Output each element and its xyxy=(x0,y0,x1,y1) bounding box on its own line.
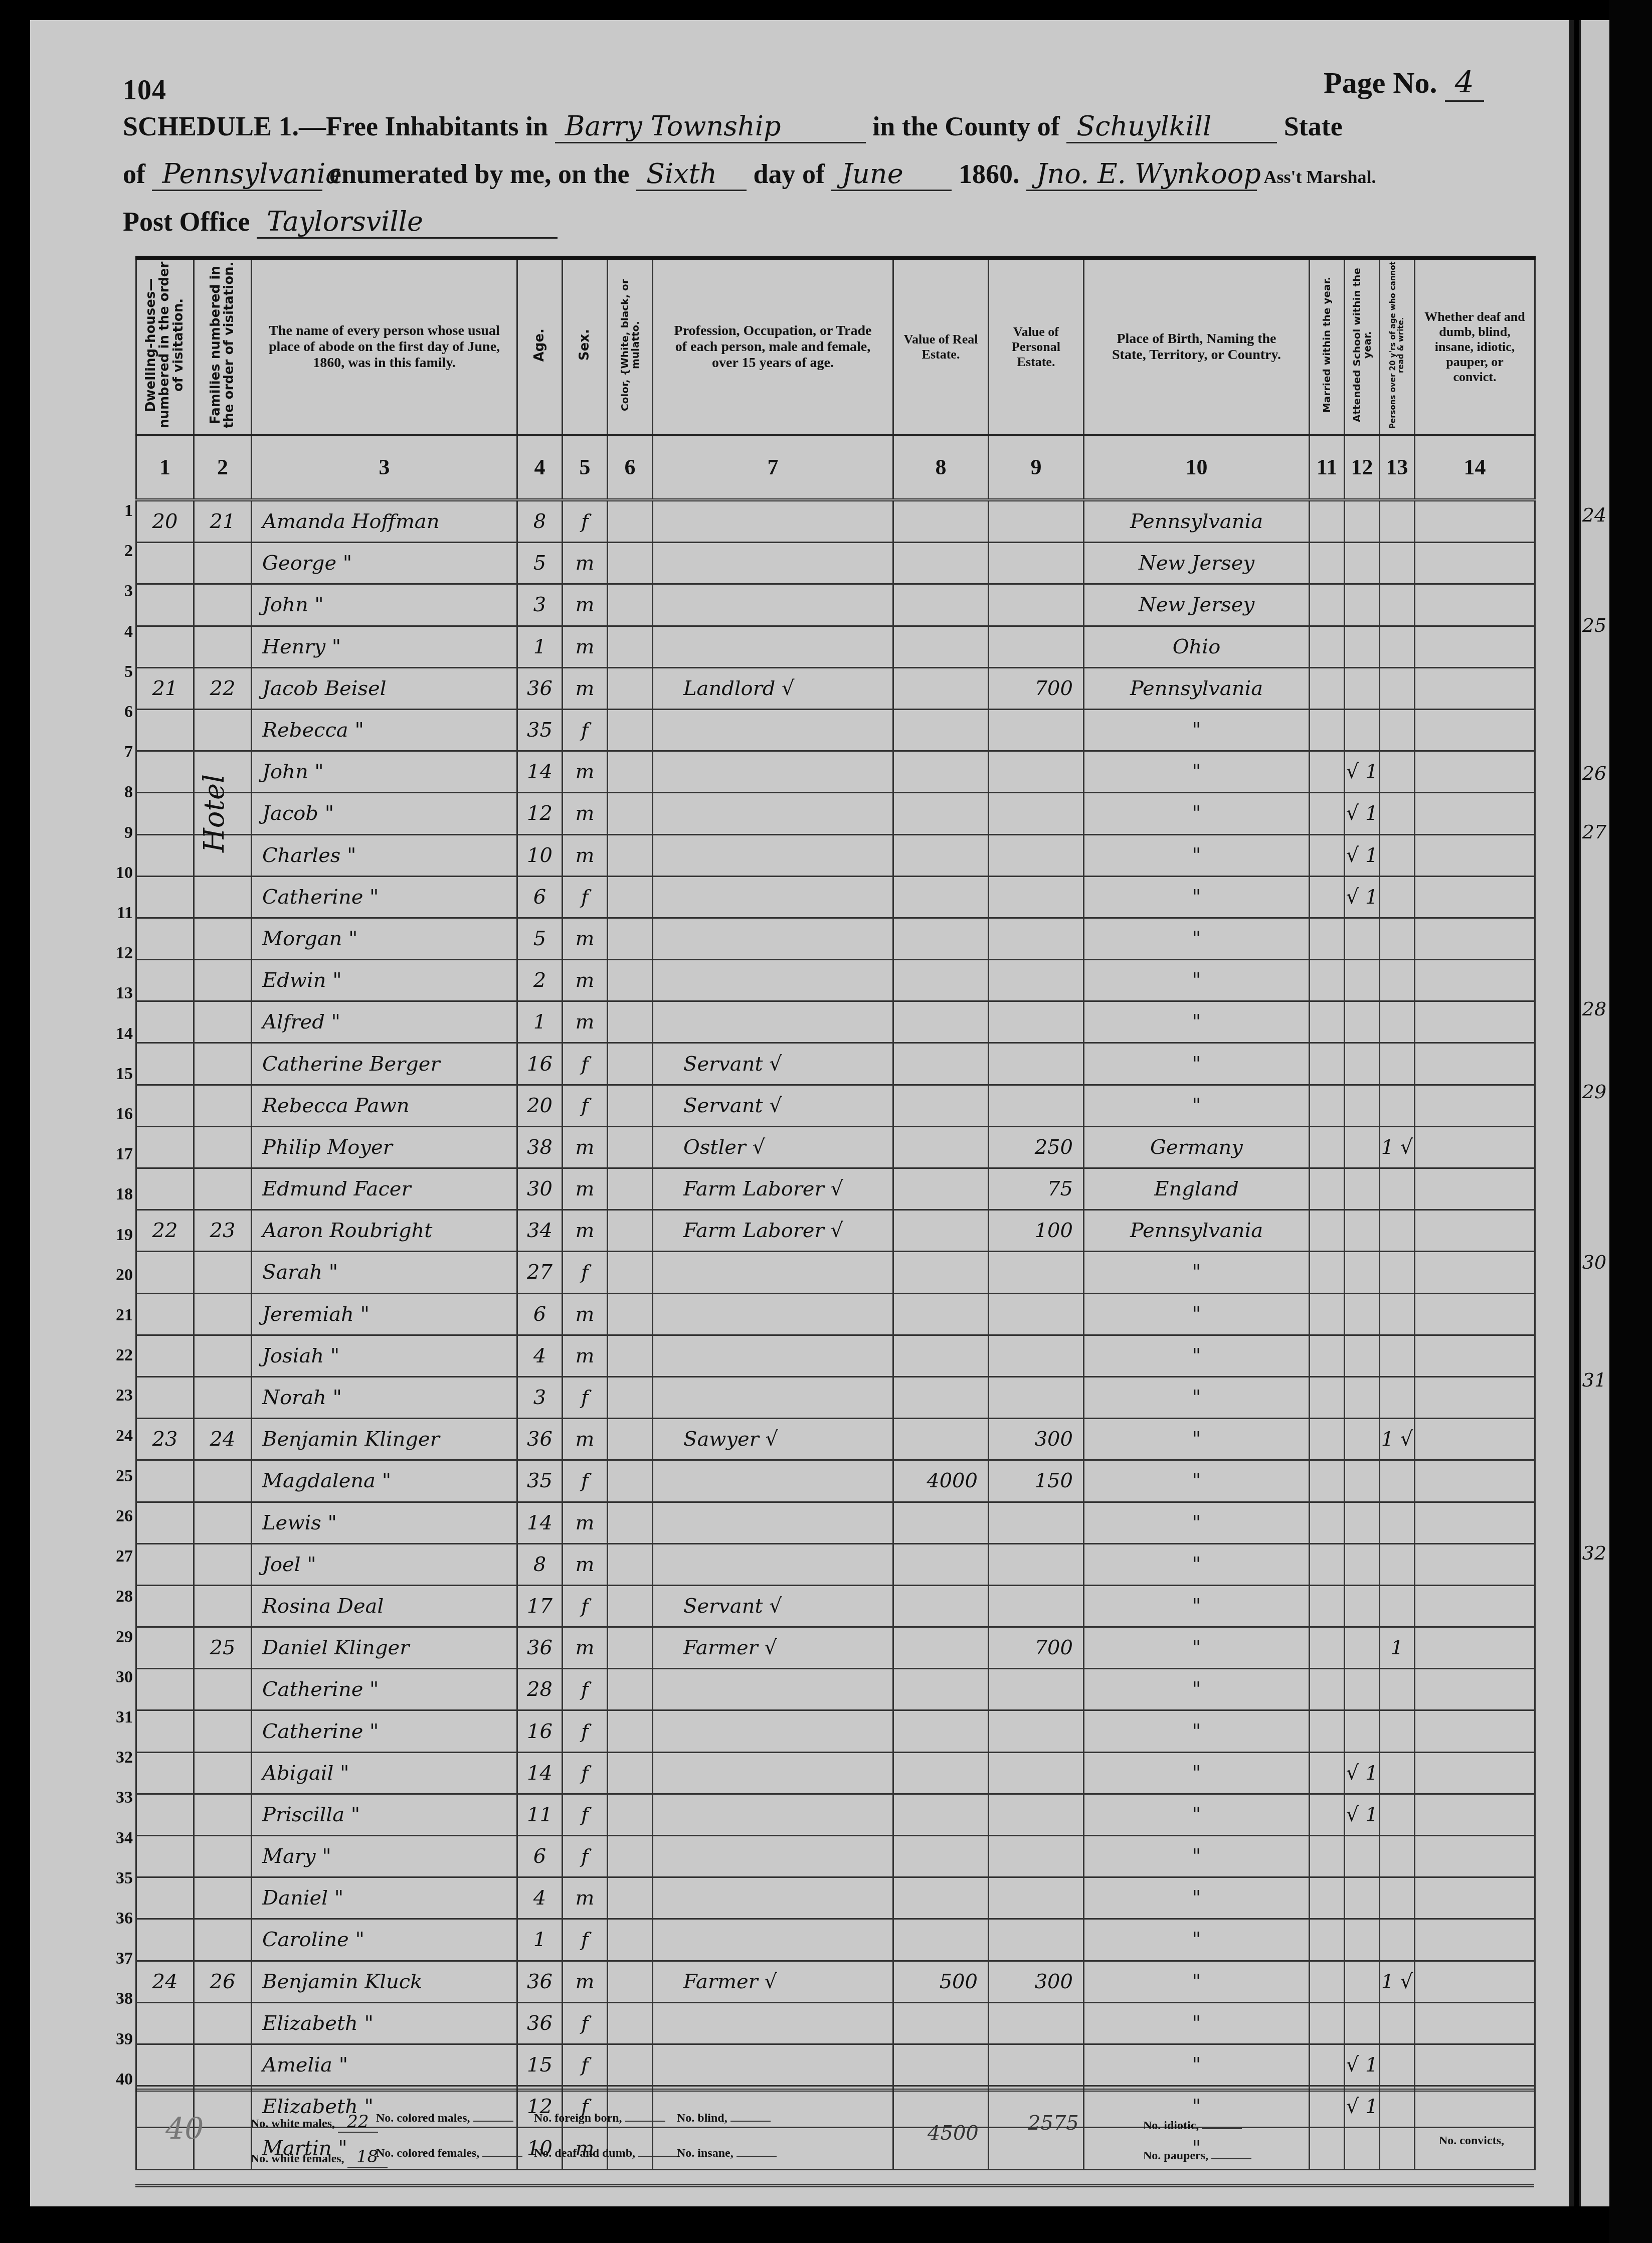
attended-school xyxy=(1345,1836,1380,1877)
age: 14 xyxy=(517,1752,563,1794)
cannot-read-write xyxy=(1380,1543,1415,1585)
family-number xyxy=(194,1710,252,1752)
dwelling-number xyxy=(136,834,194,876)
attended-school xyxy=(1345,1710,1380,1752)
condition xyxy=(1415,1085,1535,1126)
occupation xyxy=(653,626,893,667)
age: 1 xyxy=(517,1001,563,1043)
occupation xyxy=(653,1460,893,1502)
birthplace: " xyxy=(1084,1919,1310,1961)
sex: f xyxy=(563,1043,608,1085)
family-number xyxy=(194,1460,252,1502)
line-number: 2 xyxy=(88,542,133,561)
cannot-read-write xyxy=(1380,709,1415,751)
occupation xyxy=(653,1543,893,1585)
adjacent-dwelling-number: 27 xyxy=(1582,821,1607,843)
cannot-read-write xyxy=(1380,2002,1415,2044)
person-name: Jeremiah " xyxy=(252,1293,517,1335)
table-row: 2122Jacob Beisel36mLandlord √700Pennsylv… xyxy=(136,667,1535,709)
table-row: Charles "10m"√ 1 xyxy=(136,834,1535,876)
color xyxy=(608,709,653,751)
personal-estate-value xyxy=(989,1752,1084,1794)
table-row: Rosina Deal17fServant √" xyxy=(136,1585,1535,1627)
family-number xyxy=(194,1126,252,1168)
attended-school xyxy=(1345,1669,1380,1710)
attended-school: √ 1 xyxy=(1345,2044,1380,2086)
line-number: 22 xyxy=(88,1346,133,1365)
age: 36 xyxy=(517,1419,563,1460)
color xyxy=(608,1085,653,1126)
cannot-read-write xyxy=(1380,1794,1415,1835)
occupation xyxy=(653,918,893,959)
married-within-year xyxy=(1310,834,1345,876)
marshal-label: Ass't Marshal. xyxy=(1263,167,1376,187)
cannot-read-write xyxy=(1380,1252,1415,1293)
dwelling-number xyxy=(136,2002,194,2044)
sex: f xyxy=(563,1794,608,1835)
person-name: Rebecca " xyxy=(252,709,517,751)
table-row: Edwin "2m" xyxy=(136,960,1535,1001)
color xyxy=(608,1168,653,1210)
birthplace: " xyxy=(1084,709,1310,751)
county-label: in the County of xyxy=(872,111,1060,141)
attended-school xyxy=(1345,1210,1380,1252)
county: Schuylkill xyxy=(1066,110,1277,143)
sex: f xyxy=(563,2002,608,2044)
occupation xyxy=(653,543,893,584)
family-number xyxy=(194,1669,252,1710)
age: 36 xyxy=(517,1627,563,1669)
cannot-read-write xyxy=(1380,667,1415,709)
dwelling-number: 22 xyxy=(136,1210,194,1252)
dwelling-number: 24 xyxy=(136,1961,194,2002)
birthplace: Ohio xyxy=(1084,626,1310,667)
real-estate-value xyxy=(893,2044,989,2086)
personal-estate-value: 300 xyxy=(989,1419,1084,1460)
personal-estate-value xyxy=(989,1543,1084,1585)
cannot-read-write xyxy=(1380,1502,1415,1543)
birthplace: " xyxy=(1084,1877,1310,1919)
line-number: 16 xyxy=(88,1105,133,1124)
occupation xyxy=(653,1794,893,1835)
color xyxy=(608,1752,653,1794)
dwelling-number xyxy=(136,1919,194,1961)
color xyxy=(608,1502,653,1543)
personal-estate-value xyxy=(989,960,1084,1001)
birthplace: " xyxy=(1084,1502,1310,1543)
birthplace: " xyxy=(1084,1752,1310,1794)
line-number: 32 xyxy=(88,1748,133,1767)
white-males: No. white males, 22 xyxy=(251,2112,378,2133)
age: 5 xyxy=(517,543,563,584)
col-header-3: The name of every person whose usual pla… xyxy=(252,258,517,435)
condition xyxy=(1415,1043,1535,1085)
line-number: 10 xyxy=(88,864,133,883)
enumerated-label: enumerated by me, on the xyxy=(329,159,629,189)
real-estate-value xyxy=(893,1836,989,1877)
dwelling-number: 20 xyxy=(136,500,194,543)
attended-school xyxy=(1345,1335,1380,1376)
table-row: Abigail "14f"√ 1 xyxy=(136,1752,1535,1794)
table-row: 2426Benjamin Kluck36mFarmer √500300"1 √ xyxy=(136,1961,1535,2002)
attended-school xyxy=(1345,1961,1380,2002)
line-number: 15 xyxy=(88,1065,133,1084)
line-number: 23 xyxy=(88,1386,133,1405)
condition xyxy=(1415,751,1535,793)
color xyxy=(608,500,653,543)
color xyxy=(608,1961,653,2002)
age: 3 xyxy=(517,584,563,626)
birthplace: England xyxy=(1084,1168,1310,1210)
table-row: Catherine "6f"√ 1 xyxy=(136,876,1535,918)
sex: m xyxy=(563,1877,608,1919)
sex: m xyxy=(563,626,608,667)
real-estate-value: 500 xyxy=(893,1961,989,2002)
of-label: of xyxy=(123,159,145,189)
table-row: Jacob "12m"√ 1 xyxy=(136,793,1535,834)
dwelling-number xyxy=(136,960,194,1001)
post-office-label: Post Office xyxy=(123,207,250,237)
personal-estate-value xyxy=(989,834,1084,876)
color xyxy=(608,1210,653,1252)
age: 4 xyxy=(517,1335,563,1376)
married-within-year xyxy=(1310,960,1345,1001)
color xyxy=(608,1376,653,1418)
cannot-read-write xyxy=(1380,1836,1415,1877)
personal-estate-value xyxy=(989,500,1084,543)
birthplace: " xyxy=(1084,1085,1310,1126)
personal-estate-value xyxy=(989,1001,1084,1043)
person-name: Jacob Beisel xyxy=(252,667,517,709)
condition xyxy=(1415,1669,1535,1710)
page-number-field: Page No. 4 xyxy=(1324,65,1484,102)
line-number: 34 xyxy=(88,1829,133,1848)
cannot-read-write xyxy=(1380,1585,1415,1627)
color xyxy=(608,960,653,1001)
cannot-read-write: 1 √ xyxy=(1380,1126,1415,1168)
person-name: Lewis " xyxy=(252,1502,517,1543)
occupation xyxy=(653,793,893,834)
table-row: Rebecca "35f" xyxy=(136,709,1535,751)
color xyxy=(608,2002,653,2044)
color xyxy=(608,1919,653,1961)
cannot-read-write xyxy=(1380,1043,1415,1085)
real-estate-value xyxy=(893,584,989,626)
col-num: 4 xyxy=(517,435,563,500)
birthplace: " xyxy=(1084,2002,1310,2044)
condition xyxy=(1415,834,1535,876)
real-estate-value xyxy=(893,1752,989,1794)
color xyxy=(608,626,653,667)
married-within-year xyxy=(1310,1710,1345,1752)
line-number: 25 xyxy=(88,1467,133,1486)
occupation xyxy=(653,1919,893,1961)
table-row: 2223Aaron Roubright34mFarm Laborer √100P… xyxy=(136,1210,1535,1252)
person-name: Edwin " xyxy=(252,960,517,1001)
dwelling-number xyxy=(136,1627,194,1669)
family-number: 23 xyxy=(194,1210,252,1252)
sex: m xyxy=(563,1293,608,1335)
occupation xyxy=(653,2044,893,2086)
sex: m xyxy=(563,584,608,626)
real-estate-value xyxy=(893,1543,989,1585)
condition xyxy=(1415,876,1535,918)
occupation xyxy=(653,1293,893,1335)
cannot-read-write xyxy=(1380,793,1415,834)
family-number xyxy=(194,584,252,626)
col-num: 6 xyxy=(608,435,653,500)
line-number: 9 xyxy=(88,823,133,842)
dwelling-number xyxy=(136,1794,194,1835)
sex: f xyxy=(563,876,608,918)
attended-school xyxy=(1345,2002,1380,2044)
condition xyxy=(1415,1376,1535,1418)
dwelling-number xyxy=(136,1752,194,1794)
married-within-year xyxy=(1310,709,1345,751)
scan-border xyxy=(1609,0,1652,2243)
col-header-9: Value of Personal Estate. xyxy=(989,258,1084,435)
cannot-read-write xyxy=(1380,918,1415,959)
line-number: 13 xyxy=(88,984,133,1003)
attended-school: √ 1 xyxy=(1345,834,1380,876)
birthplace: " xyxy=(1084,1293,1310,1335)
real-estate-value xyxy=(893,1919,989,1961)
real-estate-value xyxy=(893,1585,989,1627)
table-row: 2324Benjamin Klinger36mSawyer √300"1 √ xyxy=(136,1419,1535,1460)
day: Sixth xyxy=(636,158,747,191)
real-estate-value: 4000 xyxy=(893,1460,989,1502)
col-header-6: Color, {White, black, or mulatto. xyxy=(608,258,653,435)
birthplace: " xyxy=(1084,1627,1310,1669)
cannot-read-write xyxy=(1380,960,1415,1001)
occupation: Farmer √ xyxy=(653,1627,893,1669)
dwelling-number xyxy=(136,1877,194,1919)
married-within-year xyxy=(1310,1293,1345,1335)
color xyxy=(608,1419,653,1460)
sex: f xyxy=(563,1085,608,1126)
occupation xyxy=(653,709,893,751)
married-within-year xyxy=(1310,1043,1345,1085)
attended-school xyxy=(1345,1376,1380,1418)
condition xyxy=(1415,500,1535,543)
personal-estate-value xyxy=(989,1585,1084,1627)
family-number xyxy=(194,1585,252,1627)
real-estate-value xyxy=(893,1252,989,1293)
attended-school xyxy=(1345,1919,1380,1961)
family-number xyxy=(194,709,252,751)
cannot-read-write xyxy=(1380,1669,1415,1710)
table-row: Daniel "4m" xyxy=(136,1877,1535,1919)
dwelling-number xyxy=(136,751,194,793)
age: 10 xyxy=(517,834,563,876)
line-number: 1 xyxy=(88,501,133,521)
line-number: 6 xyxy=(88,703,133,722)
table-row: Josiah "4m" xyxy=(136,1335,1535,1376)
occupation xyxy=(653,500,893,543)
occupation: Landlord √ xyxy=(653,667,893,709)
month: June xyxy=(831,158,952,191)
real-estate-value xyxy=(893,1502,989,1543)
married-within-year xyxy=(1310,584,1345,626)
dwelling-number xyxy=(136,1252,194,1293)
personal-estate-value xyxy=(989,1502,1084,1543)
family-number xyxy=(194,1085,252,1126)
personal-estate-value xyxy=(989,1836,1084,1877)
person-name: Priscilla " xyxy=(252,1794,517,1835)
attended-school xyxy=(1345,1543,1380,1585)
personal-estate-value: 700 xyxy=(989,667,1084,709)
table-row: 25Daniel Klinger36mFarmer √700"1 xyxy=(136,1627,1535,1669)
table-row: Catherine "16f" xyxy=(136,1710,1535,1752)
personal-estate-value xyxy=(989,793,1084,834)
occupation: Farm Laborer √ xyxy=(653,1210,893,1252)
cannot-read-write xyxy=(1380,1085,1415,1126)
col-num: 7 xyxy=(653,435,893,500)
line-number: 4 xyxy=(88,622,133,641)
sex: f xyxy=(563,709,608,751)
table-row: Caroline "1f" xyxy=(136,1919,1535,1961)
person-name: Catherine " xyxy=(252,876,517,918)
married-within-year xyxy=(1310,1669,1345,1710)
dwelling-number xyxy=(136,1836,194,1877)
personal-estate-value xyxy=(989,2002,1084,2044)
color xyxy=(608,667,653,709)
person-name: Philip Moyer xyxy=(252,1126,517,1168)
married-within-year xyxy=(1310,500,1345,543)
married-within-year xyxy=(1310,1335,1345,1376)
line-number: 37 xyxy=(88,1949,133,1968)
color xyxy=(608,1877,653,1919)
dwelling-number xyxy=(136,2044,194,2086)
color xyxy=(608,1710,653,1752)
person-name: Caroline " xyxy=(252,1919,517,1961)
table-row: George "5mNew Jersey xyxy=(136,543,1535,584)
occupation: Sawyer √ xyxy=(653,1419,893,1460)
table-row: Edmund Facer30mFarm Laborer √75England xyxy=(136,1168,1535,1210)
age: 17 xyxy=(517,1585,563,1627)
birthplace: " xyxy=(1084,834,1310,876)
condition xyxy=(1415,1752,1535,1794)
line-number: 27 xyxy=(88,1547,133,1566)
occupation: Farm Laborer √ xyxy=(653,1168,893,1210)
family-number xyxy=(194,2044,252,2086)
line-number: 31 xyxy=(88,1708,133,1727)
year: 1860. xyxy=(959,159,1020,189)
occupation: Farmer √ xyxy=(653,1961,893,2002)
person-name: Rosina Deal xyxy=(252,1585,517,1627)
age: 38 xyxy=(517,1126,563,1168)
family-number xyxy=(194,1877,252,1919)
real-estate-value xyxy=(893,667,989,709)
color xyxy=(608,584,653,626)
personal-estate-value: 300 xyxy=(989,1961,1084,2002)
personal-estate-value xyxy=(989,1794,1084,1835)
condition xyxy=(1415,626,1535,667)
personal-estate-value xyxy=(989,1669,1084,1710)
family-number xyxy=(194,1376,252,1418)
color xyxy=(608,793,653,834)
occupation xyxy=(653,1376,893,1418)
paupers: No. paupers, xyxy=(1143,2149,1251,2163)
table-row: Elizabeth "36f" xyxy=(136,2002,1535,2044)
col-header-13: Persons over 20 y'rs of age who cannot r… xyxy=(1380,258,1415,435)
sex: f xyxy=(563,1919,608,1961)
personal-estate-value xyxy=(989,543,1084,584)
condition xyxy=(1415,1210,1535,1252)
family-number: 24 xyxy=(194,1419,252,1460)
person-name: Joel " xyxy=(252,1543,517,1585)
table-row: John "3mNew Jersey xyxy=(136,584,1535,626)
dwelling-number xyxy=(136,709,194,751)
col-header-14: Whether deaf and dumb, blind, insane, id… xyxy=(1415,258,1535,435)
person-name: Charles " xyxy=(252,834,517,876)
married-within-year xyxy=(1310,2044,1345,2086)
condition xyxy=(1415,2002,1535,2044)
real-estate-value xyxy=(893,500,989,543)
age: 11 xyxy=(517,1794,563,1835)
line-number: 24 xyxy=(88,1427,133,1446)
idiotic: No. idiotic, xyxy=(1143,2119,1242,2133)
birthplace: " xyxy=(1084,1710,1310,1752)
sex: m xyxy=(563,1502,608,1543)
person-name: Aaron Roubright xyxy=(252,1210,517,1252)
convicts: No. convicts, xyxy=(1439,2134,1504,2148)
attended-school: √ 1 xyxy=(1345,751,1380,793)
person-name: Norah " xyxy=(252,1376,517,1418)
family-number: 26 xyxy=(194,1961,252,2002)
person-name: Magdalena " xyxy=(252,1460,517,1502)
colored-males: No. colored males, xyxy=(376,2112,513,2125)
personal-estate-total: 2575 xyxy=(1028,2112,1079,2135)
real-estate-value xyxy=(893,1001,989,1043)
age: 36 xyxy=(517,1961,563,2002)
age: 16 xyxy=(517,1710,563,1752)
age: 5 xyxy=(517,918,563,959)
dwelling-number xyxy=(136,1043,194,1085)
attended-school: √ 1 xyxy=(1345,1794,1380,1835)
attended-school xyxy=(1345,584,1380,626)
table-row: Magdalena "35f4000150" xyxy=(136,1460,1535,1502)
cannot-read-write xyxy=(1380,751,1415,793)
real-estate-value xyxy=(893,1293,989,1335)
attended-school: √ 1 xyxy=(1345,793,1380,834)
attended-school xyxy=(1345,1293,1380,1335)
condition xyxy=(1415,1293,1535,1335)
sex: m xyxy=(563,1001,608,1043)
col-num: 3 xyxy=(252,435,517,500)
header-line-3: Post Office Taylorsville xyxy=(123,206,558,239)
page-totals: 40 No. white males, 22 No. white females… xyxy=(135,2089,1534,2187)
line-number: 30 xyxy=(88,1668,133,1687)
dwelling-number xyxy=(136,1126,194,1168)
column-numbers: 1 2 3 4 5 6 7 8 9 10 11 12 13 14 xyxy=(136,435,1535,500)
person-name: Jacob " xyxy=(252,793,517,834)
dwelling-number xyxy=(136,876,194,918)
age: 4 xyxy=(517,1877,563,1919)
age: 20 xyxy=(517,1085,563,1126)
birthplace: " xyxy=(1084,1669,1310,1710)
real-estate-value xyxy=(893,1126,989,1168)
sex: m xyxy=(563,1627,608,1669)
person-name: Daniel Klinger xyxy=(252,1627,517,1669)
birthplace: " xyxy=(1084,1252,1310,1293)
personal-estate-value: 75 xyxy=(989,1168,1084,1210)
line-number: 29 xyxy=(88,1628,133,1647)
attended-school xyxy=(1345,1460,1380,1502)
attended-school xyxy=(1345,1168,1380,1210)
sex: m xyxy=(563,793,608,834)
real-estate-value xyxy=(893,960,989,1001)
